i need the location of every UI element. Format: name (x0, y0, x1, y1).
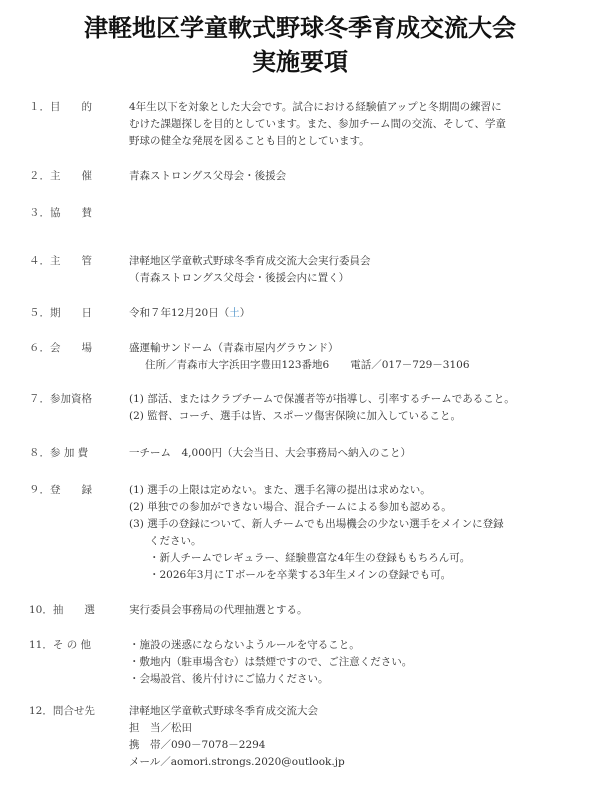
purpose-line: 野球の健全な発展を図ることも目的としています。 (129, 133, 589, 150)
section-label: ５．期 日 (29, 305, 124, 322)
section-label: ２．主 催 (29, 168, 124, 185)
other-bullet: ・施設の迷惑にならないようルールを守ること。 (129, 637, 589, 654)
event-date: 令和７年12月20日（土） (129, 305, 589, 322)
section-label: ６．会 場 (29, 340, 124, 357)
section-label: 10．抽 選 (29, 602, 124, 619)
venue-name: 盛運輸サンドーム（青森市屋内グラウンド） (129, 340, 589, 357)
eligibility-item: (2) 監督、コーチ、選手は皆、スポーツ傷害保険に加入していること。 (129, 408, 589, 425)
section-content: (1) 部活、またはクラブチームで保護者等が指導し、引率するチームであること。 … (129, 391, 589, 425)
section-content: 青森ストロングス父母会・後援会 (129, 168, 589, 185)
contact-phone: 携 帯／090－7078－2294 (129, 737, 589, 754)
section-label: 12．問合せ先 (29, 703, 124, 720)
registration-bullet: ・新人チームでレギュラー、経験豊富な4年生の登録ももちろん可。 (129, 550, 589, 567)
section-label: ８．参 加 費 (29, 445, 124, 462)
draw-text: 実行委員会事務局の代理抽選とする。 (129, 602, 589, 619)
other-bullet: ・会場設営、後片付けにご協力ください。 (129, 671, 589, 688)
section-label: ３．協 賛 (29, 205, 124, 222)
section-label: ９．登 録 (29, 482, 124, 499)
eligibility-item: (1) 部活、またはクラブチームで保護者等が指導し、引率するチームであること。 (129, 391, 589, 408)
section-content: 令和７年12月20日（土） (129, 305, 589, 322)
section-label: 11．そ の 他 (29, 637, 124, 654)
document-subtitle: 実施要項 (0, 42, 600, 77)
contact-email: メール／aomori.strongs.2020@outlook.jp (129, 754, 589, 771)
section-content: 津軽地区学童軟式野球冬季育成交流大会実行委員会 （青森ストロングス父母会・後援会… (129, 253, 589, 287)
section-content: 津軽地区学童軟式野球冬季育成交流大会 担 当／松田 携 帯／090－7078－2… (129, 703, 589, 771)
registration-item: (1) 選手の上限は定めない。また、選手名簿の提出は求めない。 (129, 482, 589, 499)
date-close: ） (240, 307, 251, 319)
venue-address: 住所／青森市大字浜田字豊田123番地6 電話／017－729－3106 (129, 357, 589, 374)
registration-bullet: ・2026年3月にＴボールを卒業する3年生メインの登録でも可。 (129, 567, 589, 584)
section-content: 一チーム 4,000円（大会当日、大会事務局へ納入のこと） (129, 445, 589, 462)
section-content: 4年生以下を対象とした大会です。試合における経験値アップと冬期間の練習に むけた… (129, 99, 589, 150)
registration-item: (2) 単独での参加ができない場合、混合チームによる参加も認める。 (129, 499, 589, 516)
management-text: 津軽地区学童軟式野球冬季育成交流大会実行委員会 (129, 253, 589, 270)
section-content: (1) 選手の上限は定めない。また、選手名簿の提出は求めない。 (2) 単独での… (129, 482, 589, 584)
registration-item-cont: ください。 (129, 533, 589, 550)
other-bullet: ・敷地内（駐車場含む）は禁煙ですので、ご注意ください。 (129, 654, 589, 671)
management-note: （青森ストロングス父母会・後援会内に置く） (129, 270, 589, 287)
purpose-line: むけた課題探しを目的としています。また、参加チーム間の交流、そして、学童 (129, 116, 589, 133)
contact-organization: 津軽地区学童軟式野球冬季育成交流大会 (129, 703, 589, 720)
weekday-saturday: 土 (229, 307, 240, 319)
registration-item: (3) 選手の登録について、新人チームでも出場機会の少ない選手をメインに登録 (129, 516, 589, 533)
section-content: 実行委員会事務局の代理抽選とする。 (129, 602, 589, 619)
section-label: ４．主 管 (29, 253, 124, 270)
fee-text: 一チーム 4,000円（大会当日、大会事務局へ納入のこと） (129, 445, 589, 462)
section-label: １．目 的 (29, 99, 124, 116)
contact-person: 担 当／松田 (129, 720, 589, 737)
section-content: 盛運輸サンドーム（青森市屋内グラウンド） 住所／青森市大字浜田字豊田123番地6… (129, 340, 589, 374)
section-content: ・施設の迷惑にならないようルールを守ること。 ・敷地内（駐車場含む）は禁煙ですの… (129, 637, 589, 688)
section-label: ７．参加資格 (29, 391, 124, 408)
organizer-text: 青森ストロングス父母会・後援会 (129, 168, 589, 185)
date-text: 令和７年12月20日（ (129, 307, 229, 319)
purpose-line: 4年生以下を対象とした大会です。試合における経験値アップと冬期間の練習に (129, 99, 589, 116)
document-title: 津軽地区学童軟式野球冬季育成交流大会 (0, 8, 600, 43)
